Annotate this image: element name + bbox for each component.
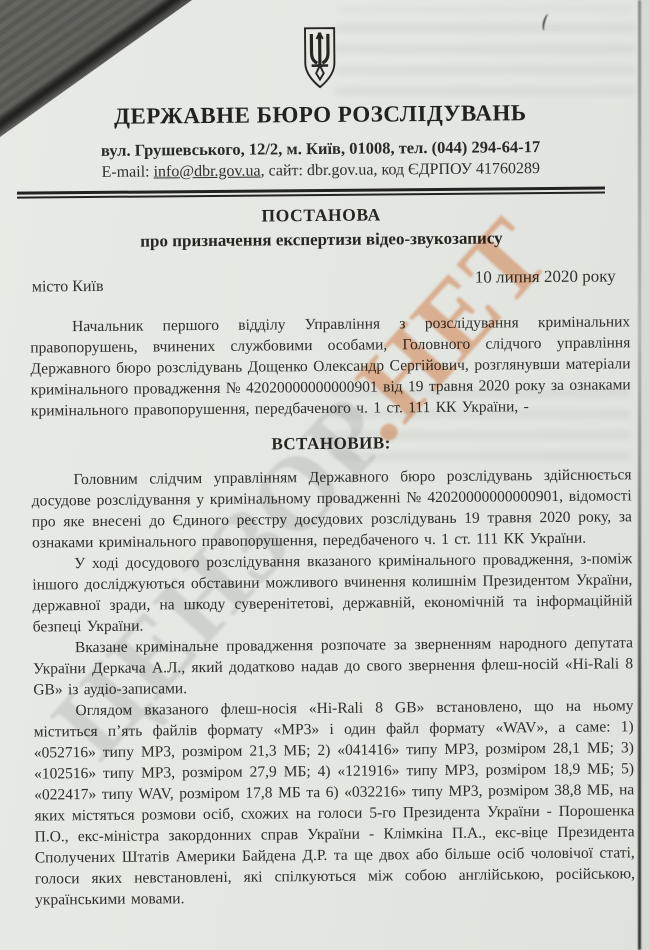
page-edge-line: [638, 0, 641, 950]
doc-meta-row: місто Київ 10 липня 2020 року: [32, 271, 616, 296]
email-address: info@dbr.gov.ua: [153, 163, 260, 181]
org-contacts: E-mail: info@dbr.gov.ua, сайт: dbr.gov.u…: [1, 159, 641, 183]
doc-city: місто Київ: [32, 278, 104, 297]
doc-subtitle: про призначення експертизи відео-звукоза…: [1, 227, 641, 253]
org-address: вул. Грушевського, 12/2, м. Київ, 01008,…: [1, 136, 641, 162]
contacts-rest: , сайт: dbr.gov.ua, код ЄДРПОУ 41760289: [260, 160, 540, 179]
doc-date: 10 липня 2020 року: [475, 266, 616, 287]
body-paragraph-1: Головним слідчим управлінням Державного …: [31, 464, 632, 553]
body-paragraph-4: Оглядом вказаного флеш-носія «Hi-Rali 8 …: [33, 695, 635, 910]
document-content: ДЕРЖАВНЕ БЮРО РОЗСЛІДУВАНЬ вул. Грушевсь…: [0, 0, 648, 950]
bleedthrough-text-middle: [330, 388, 630, 473]
page-right-margin: [640, 0, 650, 950]
body-paragraph-2: У ході досудового розслідування вказаног…: [32, 548, 633, 637]
doc-title: ПОСТАНОВА: [1, 202, 641, 229]
bleedthrough-text-top: [335, 8, 635, 108]
email-label: E-mail:: [101, 163, 153, 180]
tryzub-emblem-icon: [301, 26, 340, 90]
body-paragraph-3: Вказане кримінальне провадження розпочат…: [33, 632, 634, 700]
scanned-page: ДЕРЖАВНЕ БЮРО РОЗСЛІДУВАНЬ вул. Грушевсь…: [0, 0, 650, 950]
